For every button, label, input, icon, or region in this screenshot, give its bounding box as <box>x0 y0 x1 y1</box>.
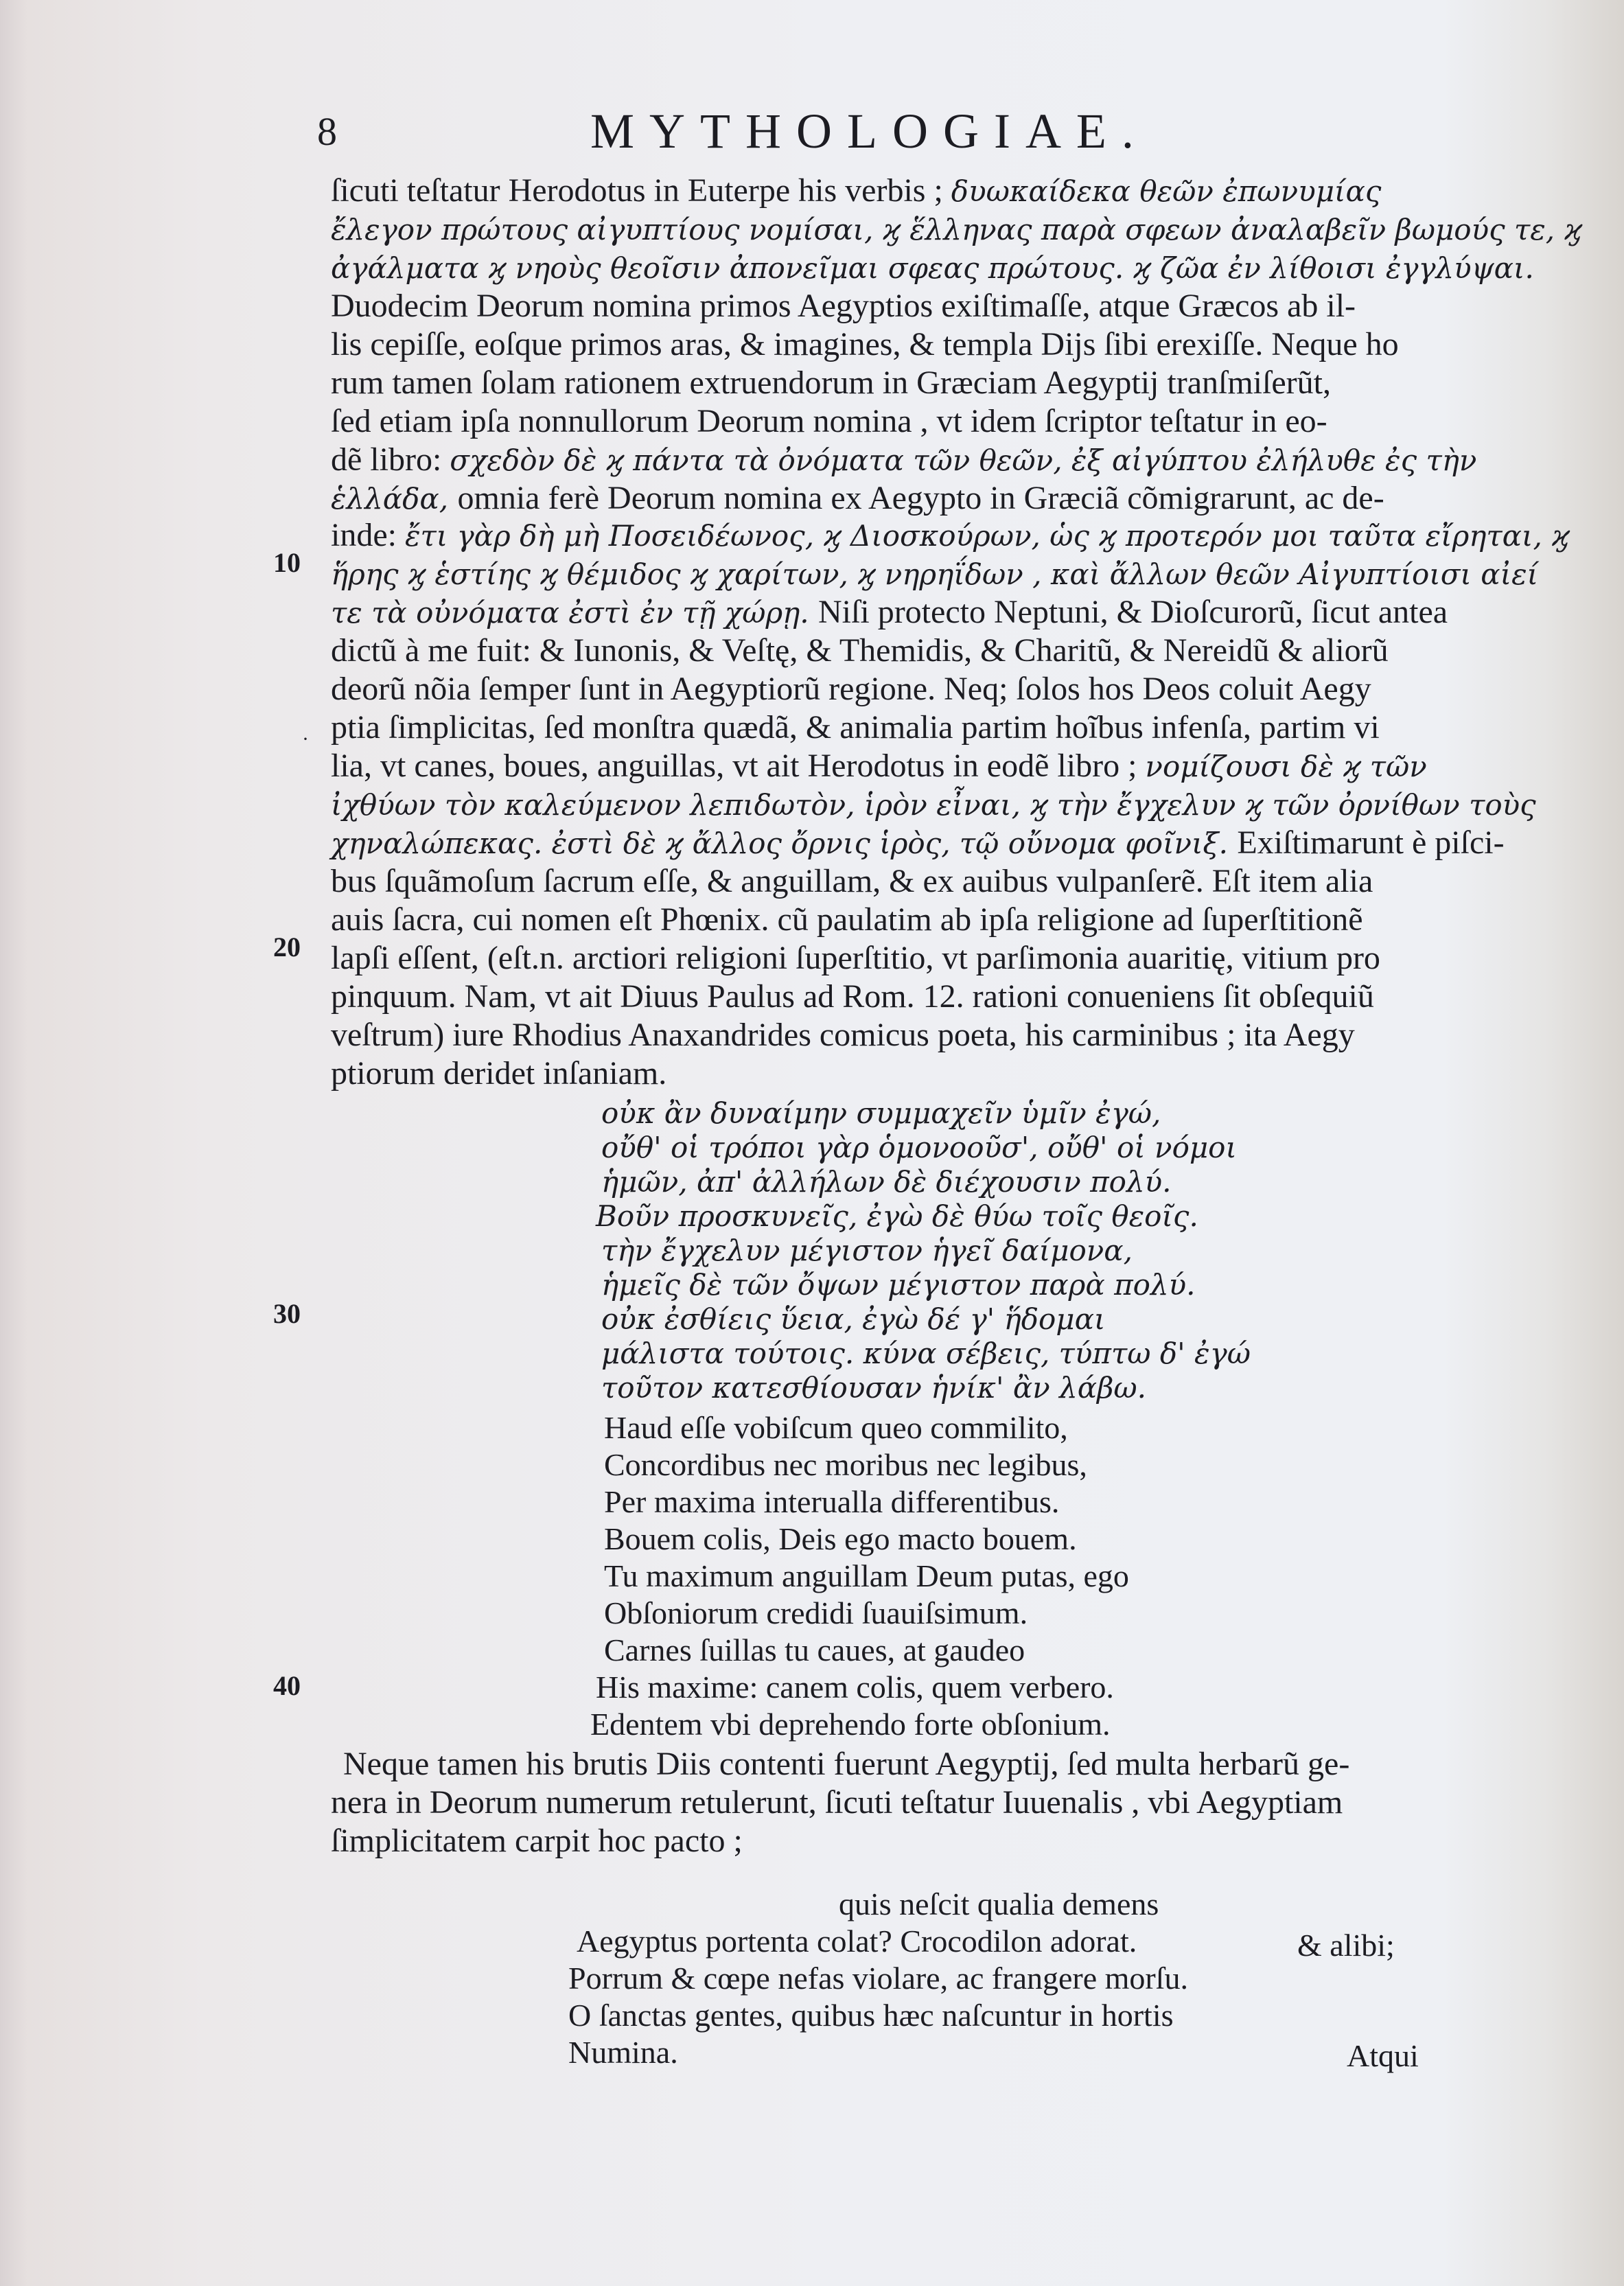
greek-text: νομίζουσι δὲ ϗ τῶν <box>1145 750 1426 783</box>
latin-text: ptia ſimplicitas, ſed monſtra quædã, & a… <box>331 709 1380 746</box>
latin-verse-line: Tu maximum anguillam Deum putas, ego <box>604 1557 1129 1595</box>
latin-text: lis cepiſſe, eoſque primos aras, & imagi… <box>331 326 1399 362</box>
prose-line: inde: ἔτι γὰρ δὴ μὴ Ποσειδέωνος, ϗ Διοσκ… <box>331 516 1569 555</box>
prose-line: lis cepiſſe, eoſque primos aras, & imagi… <box>331 325 1399 364</box>
greek-text: ἥρης ϗ ἑστίης ϗ θέμιδος ϗ χαρίτων, ϗ νηρ… <box>331 557 1538 591</box>
latin-text: lia, vt canes, boues, anguillas, vt ait … <box>331 748 1145 784</box>
prose-line: ἑλλάδα, omnia ferè Deorum nomina ex Aegy… <box>331 479 1384 518</box>
greek-verse-line: ἡμῶν, ἀπ' ἀλλήλων δὲ διέχουσιν πολύ. <box>601 1163 1171 1201</box>
margin-line-number-10: 10 <box>273 546 301 579</box>
juvenal-verse-line: Numina. <box>568 2033 678 2072</box>
prose-line: dictũ à me fuit: & Iunonis, & Veſtę, & T… <box>331 632 1389 670</box>
prose-line: deorũ nõia ſemper ſunt in Aegyptiorũ reg… <box>331 670 1371 708</box>
greek-verse-line: οὐκ ἂν δυναίμην συμμαχεῖν ὑμῖν ἐγώ, <box>601 1094 1161 1133</box>
greek-verse-line: οὔθ' οἱ τρόποι γὰρ ὁμονοοῦσ', οὔθ' οἱ νό… <box>601 1129 1237 1167</box>
latin-text: ſed etiam ipſa nonnullorum Deorum nomina… <box>331 403 1327 439</box>
closing-prose-line: nera in Deorum numerum retulerunt, ſicut… <box>331 1783 1343 1822</box>
latin-verse-line: Bouem colis, Deis ego macto bouem. <box>604 1520 1077 1558</box>
greek-text: ἔτι γὰρ δὴ μὴ Ποσειδέωνος, ϗ Διοσκούρων,… <box>405 519 1569 553</box>
latin-verse-line: Carnes ſuillas tu caues, at gaudeo <box>604 1631 1025 1670</box>
prose-line: bus ſquãmoſum ſacrum eſſe, & anguillam, … <box>331 862 1373 901</box>
prose-line: auis ſacra, cui nomen eſt Phœnix. cũ pau… <box>331 901 1363 939</box>
prose-line: dẽ libro: σχεδὸν δὲ ϗ πάντα τὰ ὀνόματα τ… <box>331 441 1476 480</box>
latin-text: deorũ nõia ſemper ſunt in Aegyptiorũ reg… <box>331 671 1371 707</box>
prose-line: ἀγάλματα ϗ νηοὺς θεοῖσιν ἀπονεῖμαι σφεας… <box>331 249 1534 288</box>
latin-verse-line: Concordibus nec moribus nec legibus, <box>604 1446 1087 1484</box>
prose-line: ἔλεγον πρώτους αἰγυπτίους νομίσαι, ϗ ἕλλ… <box>331 210 1582 249</box>
prose-line: veſtrum) iure Rhodius Anaxandrides comic… <box>331 1016 1355 1054</box>
latin-text: veſtrum) iure Rhodius Anaxandrides comic… <box>331 1017 1355 1053</box>
latin-text: omnia ferè Deorum nomina ex Aegypto in G… <box>458 480 1384 516</box>
greek-text: δυωκαίδεκα θεῶν ἐπωνυμίας <box>951 174 1382 208</box>
catchword: Atqui <box>1347 2037 1419 2074</box>
prose-line: ἥρης ϗ ἑστίης ϗ θέμιδος ϗ χαρίτων, ϗ νηρ… <box>331 555 1538 594</box>
juvenal-verse-line: O ſanctas gentes, quibus hæc naſcuntur i… <box>568 1996 1174 2035</box>
latin-verse-line: Haud eſſe vobiſcum queo commilito, <box>604 1409 1068 1447</box>
prose-line: τε τὰ οὐνόματα ἐστὶ ἐν τῇ χώρῃ. Niſi pro… <box>331 593 1448 632</box>
prose-line: pinquum. Nam, vt ait Diuus Paulus ad Rom… <box>331 978 1374 1016</box>
prose-line: ſicuti teſtatur Herodotus in Euterpe his… <box>331 172 1381 211</box>
page-number: 8 <box>317 108 337 154</box>
greek-text: ἰχθύων τὸν καλεύμενον λεπιδωτὸν, ἱρὸν εἶ… <box>331 788 1536 822</box>
closing-prose-line: ſimplicitatem carpit hoc pacto ; <box>331 1822 743 1860</box>
greek-text: ἔλεγον πρώτους αἰγυπτίους νομίσαι, ϗ ἕλλ… <box>331 213 1582 246</box>
latin-text: rum tamen ſolam rationem extruendorum in… <box>331 365 1331 401</box>
juvenal-aside: & alibi; <box>1297 1926 1395 1965</box>
prose-line: lapſi eſſent, (eſt.n. arctiori religioni… <box>331 939 1380 978</box>
latin-verse-line: Obſoniorum credidi ſuauiſsimum. <box>604 1594 1028 1632</box>
prose-line: ptiorum deridet inſaniam. <box>331 1054 666 1093</box>
greek-verse-line: μάλιστα τούτοις. κύνα σέβεις, τύπτω δ' ἐ… <box>601 1335 1251 1373</box>
latin-verse-line: His maxime: canem colis, quem verbero. <box>596 1668 1114 1707</box>
latin-text: ſicuti teſtatur Herodotus in Euterpe his… <box>331 172 951 209</box>
greek-text: ἀγάλματα ϗ νηοὺς θεοῖσιν ἀπονεῖμαι σφεας… <box>331 251 1534 285</box>
greek-text: χηναλώπεκας. ἐστὶ δὲ ϗ ἄλλος ὄρνις ἱρὸς,… <box>331 827 1237 860</box>
greek-verse-line: τοῦτον κατεσθίουσαν ἡνίκ' ἂν λάβω. <box>601 1369 1146 1407</box>
margin-line-number-20: 20 <box>273 931 301 963</box>
juvenal-verse-line: quis neſcit qualia demens <box>839 1885 1159 1924</box>
latin-text: dẽ libro: <box>331 441 450 478</box>
prose-line: χηναλώπεκας. ἐστὶ δὲ ϗ ἄλλος ὄρνις ἱρὸς,… <box>331 824 1505 863</box>
greek-verse-line: ἡμεῖς δὲ τῶν ὄψων μέγιστον παρὰ πολύ. <box>601 1266 1195 1304</box>
latin-text: lapſi eſſent, (eſt.n. arctiori religioni… <box>331 940 1380 976</box>
juvenal-verse-line: Aegyptus portenta colat? Crocodilon ador… <box>577 1922 1137 1961</box>
latin-text: inde: <box>331 517 405 553</box>
prose-line: lia, vt canes, boues, anguillas, vt ait … <box>331 747 1427 786</box>
latin-verse-line: Per maxima interualla differentibus. <box>604 1483 1059 1521</box>
latin-text: bus ſquãmoſum ſacrum eſſe, & anguillam, … <box>331 863 1373 899</box>
running-head: MYTHOLOGIAE. <box>590 103 1149 160</box>
latin-text: Duodecim Deorum nomina primos Aegyptios … <box>331 288 1356 324</box>
prose-line: Duodecim Deorum nomina primos Aegyptios … <box>331 287 1356 325</box>
greek-verse-line: τὴν ἔγχελυν μέγιστον ἡγεῖ δαίμονα, <box>601 1232 1133 1270</box>
book-page: 8 MYTHOLOGIAE. ſicuti teſtatur Herodotus… <box>0 0 1624 2286</box>
latin-text: auis ſacra, cui nomen eſt Phœnix. cũ pau… <box>331 901 1363 938</box>
margin-line-number-30: 30 <box>273 1297 301 1330</box>
latin-text: ptiorum deridet inſaniam. <box>331 1055 666 1092</box>
margin-line-number-40: 40 <box>273 1670 301 1702</box>
greek-text: ἑλλάδα, <box>331 482 458 516</box>
juvenal-verse-line: Porrum & cœpe nefas violare, ac frangere… <box>568 1959 1188 1998</box>
margin-mark: · <box>302 728 309 751</box>
latin-verse-line: Edentem vbi deprehendo forte obſonium. <box>590 1705 1111 1744</box>
latin-text: pinquum. Nam, vt ait Diuus Paulus ad Rom… <box>331 978 1374 1015</box>
prose-line: ἰχθύων τὸν καλεύμενον λεπιδωτὸν, ἱρὸν εἶ… <box>331 785 1536 824</box>
greek-text: σχεδὸν δὲ ϗ πάντα τὰ ὀνόματα τῶν θεῶν, ἐ… <box>450 443 1476 477</box>
prose-line: ſed etiam ipſa nonnullorum Deorum nomina… <box>331 402 1327 441</box>
latin-text: Exiſtimarunt è piſci- <box>1237 824 1504 861</box>
prose-line: rum tamen ſolam rationem extruendorum in… <box>331 364 1331 402</box>
greek-verse-line: οὐκ ἐσθίεις ὕεια, ἐγὼ δέ γ' ἥδομαι <box>601 1300 1105 1339</box>
prose-line: ptia ſimplicitas, ſed monſtra quædã, & a… <box>331 708 1380 747</box>
latin-text: dictũ à me fuit: & Iunonis, & Veſtę, & T… <box>331 632 1389 669</box>
latin-text: Niſi protecto Neptuni, & Dioſcurorũ, ſic… <box>818 594 1448 630</box>
greek-verse-line: Βοῦν προσκυνεῖς, ἐγὼ δὲ θύω τοῖς θεοῖς. <box>596 1197 1198 1236</box>
closing-prose-line: Neque tamen his brutis Diis contenti fue… <box>343 1745 1349 1783</box>
greek-text: τε τὰ οὐνόματα ἐστὶ ἐν τῇ χώρῃ. <box>331 596 818 630</box>
